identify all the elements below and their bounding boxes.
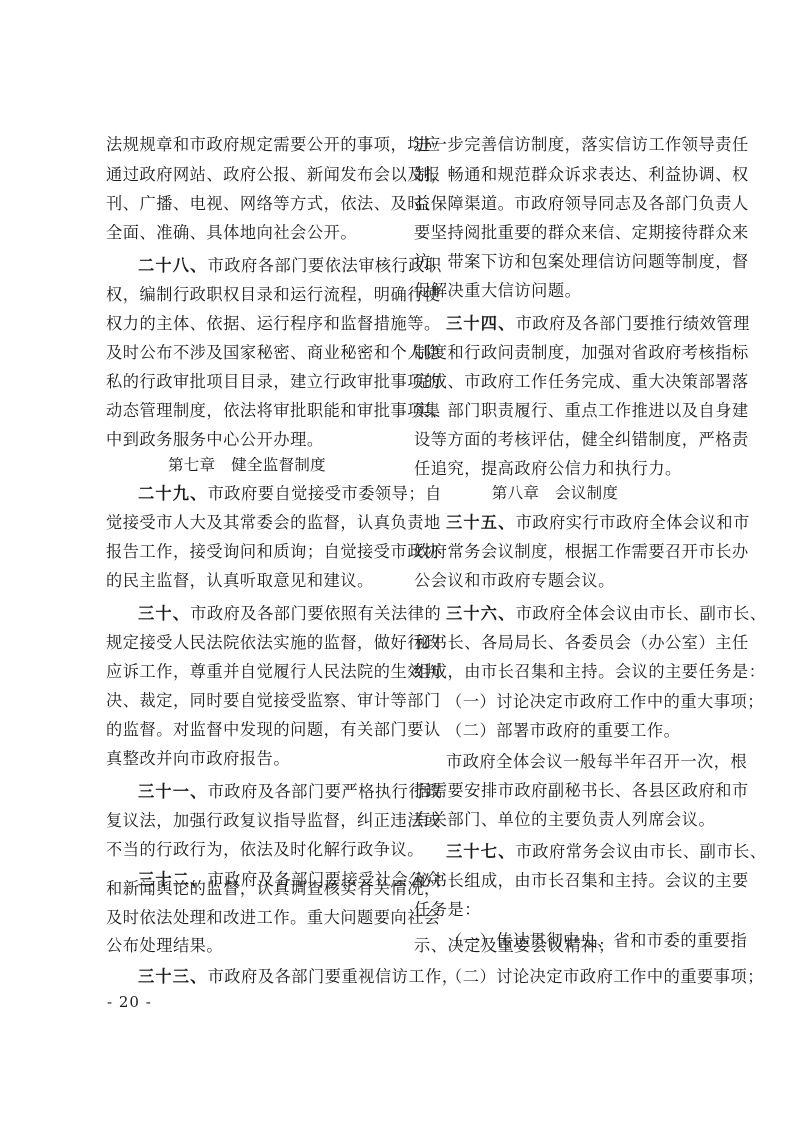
text-line: 全面、准确、具体地向社会公开。 (106, 221, 388, 245)
article-paragraph-start: 三十、市政府及各部门要依照有关法律的 (106, 602, 388, 626)
article-paragraph-start: 二十九、市政府要自觉接受市委领导；自 (106, 482, 388, 506)
text-line: 组成，由市长召集和主持。会议的主要任务是： (414, 660, 696, 684)
text-line: 完成、市政府工作任务完成、重大决策部署落 (414, 370, 696, 394)
article-text: 市政府及各部门要严格执行行政 (208, 782, 442, 801)
text-line: 实、部门职责履行、重点工作推进以及自身建 (414, 399, 696, 423)
article-text: 市政府实行市政府全体会议和市 (516, 513, 750, 532)
text-line: 法规规章和市政府规定需要公开的事项，均应 (106, 133, 388, 157)
text-line: 访、带案下访和包案处理信访问题等制度，督 (414, 250, 696, 274)
text-line: 秘书长、各局局长、各委员会（办公室）主任 (414, 631, 696, 655)
article-paragraph-start: 二十八、市政府各部门要依法审核行政职 (106, 254, 388, 278)
text-line: 动态管理制度，依法将审批职能和审批事项集 (106, 399, 388, 423)
text-line: 设等方面的考核评估，健全纠错制度，严格责 (414, 428, 696, 452)
indented-text-line: 市政府全体会议一般每半年召开一次，根 (414, 750, 696, 774)
text-line: 有关部门、单位的主要负责人列席会议。 (414, 808, 696, 832)
text-line: 觉接受市人大及其常委会的监督，认真负责地 (106, 511, 388, 535)
text-line: 促解决重大信访问题。 (414, 279, 696, 303)
text-line: 的监督。对监督中发现的问题，有关部门要认 (106, 718, 388, 742)
article-number: 三十一、 (138, 782, 208, 801)
text-line: 复议法，加强行政复议指导监督，纠正违法或 (106, 809, 388, 833)
indented-text-line: （二）讨论决定市政府工作中的重要事项； (414, 965, 696, 989)
article-paragraph-start: 三十四、市政府及各部门要推行绩效管理 (414, 312, 696, 336)
text-line: 权，编制行政职权目录和运行流程，明确行使 (106, 283, 388, 307)
text-line: 据需要安排市政府副秘书长、各县区政府和市 (414, 779, 696, 803)
article-number: 三十五、 (446, 513, 516, 532)
article-paragraph-start: 三十三、市政府及各部门要重视信访工作， (106, 965, 388, 989)
text-line: 规定接受人民法院依法实施的监督，做好行政 (106, 631, 388, 655)
text-line: 中到政务服务中心公开办理。 (106, 428, 388, 452)
right-column: 进一步完善信访制度，落实信访工作领导责任制，畅通和规范群众诉求表达、利益协调、权… (414, 0, 696, 1122)
text-line: 权力的主体、依据、运行程序和监督措施等。 (106, 312, 388, 336)
text-line: 报告工作，接受询问和质询；自觉接受市政协 (106, 540, 388, 564)
text-line: 私的行政审批项目目录，建立行政审批事项的 (106, 370, 388, 394)
article-text: 市政府常务会议由市长、副市长、 (516, 842, 767, 861)
text-line: 及时公布不涉及国家秘密、商业秘密和个人隐 (106, 341, 388, 365)
chapter-heading: 第七章 健全监督制度 (106, 453, 388, 477)
article-paragraph-start: 三十六、市政府全体会议由市长、副市长、 (414, 602, 696, 626)
article-paragraph-start: 三十五、市政府实行市政府全体会议和市 (414, 511, 696, 535)
text-line: 要坚持阅批重要的群众来信、定期接待群众来 (414, 221, 696, 245)
article-paragraph-start: 三十一、市政府及各部门要严格执行行政 (106, 780, 388, 804)
text-line: 和新闻舆论的监督，认真调查核实有关情况， (106, 877, 388, 901)
text-line: 决、裁定，同时要自觉接受监察、审计等部门 (106, 689, 388, 713)
text-line: 示、决定及重要会议精神； (414, 934, 696, 958)
article-number: 三十四、 (446, 314, 516, 333)
text-line: 制，畅通和规范群众诉求表达、利益协调、权 (414, 163, 696, 187)
indented-text-line: （二）部署市政府的重要工作。 (414, 719, 696, 743)
text-line: 秘书长组成，由市长召集和主持。会议的主要 (414, 869, 696, 893)
article-text: 市政府各部门要依法审核行政职 (208, 256, 442, 275)
page-number: - 20 - (107, 993, 152, 1011)
article-text: 市政府要自觉接受市委领导；自 (208, 484, 442, 503)
article-number: 三十七、 (446, 842, 516, 861)
article-number: 三十三、 (138, 967, 208, 986)
text-line: 通过政府网站、政府公报、新闻发布会以及报 (106, 163, 388, 187)
text-line: 政府常务会议制度，根据工作需要召开市长办 (414, 540, 696, 564)
article-number: 二十八、 (138, 256, 208, 275)
text-line: 公布处理结果。 (106, 934, 388, 958)
text-line: 真整改并向市政府报告。 (106, 747, 388, 771)
text-line: 益保障渠道。市政府领导同志及各部门负责人 (414, 192, 696, 216)
text-line: 刊、广播、电视、网络等方式，依法、及时、 (106, 192, 388, 216)
text-line: 的民主监督，认真听取意见和建议。 (106, 569, 388, 593)
text-line: 制度和行政问责制度，加强对省政府考核指标 (414, 341, 696, 365)
text-line: 进一步完善信访制度，落实信访工作领导责任 (414, 133, 696, 157)
article-text: 市政府全体会议由市长、副市长、 (516, 604, 767, 623)
chapter-heading: 第八章 会议制度 (414, 481, 696, 505)
article-number: 三十、 (138, 604, 190, 623)
text-line: 任追究，提高政府公信力和执行力。 (414, 457, 696, 481)
article-paragraph-start: 三十七、市政府常务会议由市长、副市长、 (414, 840, 696, 864)
left-column: 法规规章和市政府规定需要公开的事项，均应通过政府网站、政府公报、新闻发布会以及报… (106, 0, 388, 1122)
article-number: 二十九、 (138, 484, 208, 503)
text-line: 不当的行政行为，依法及时化解行政争议。 (106, 838, 388, 862)
text-line: 公会议和市政府专题会议。 (414, 569, 696, 593)
article-number: 三十六、 (446, 604, 516, 623)
document-page: 法规规章和市政府规定需要公开的事项，均应通过政府网站、政府公报、新闻发布会以及报… (0, 0, 793, 1122)
text-line: 任务是： (414, 898, 696, 922)
text-line: 及时依法处理和改进工作。重大问题要向社会 (106, 906, 388, 930)
indented-text-line: （一）讨论决定市政府工作中的重大事项； (414, 690, 696, 714)
article-text: 市政府及各部门要依照有关法律的 (190, 604, 441, 623)
text-line: 应诉工作，尊重并自觉履行人民法院的生效判 (106, 660, 388, 684)
article-text: 市政府及各部门要推行绩效管理 (516, 314, 750, 333)
